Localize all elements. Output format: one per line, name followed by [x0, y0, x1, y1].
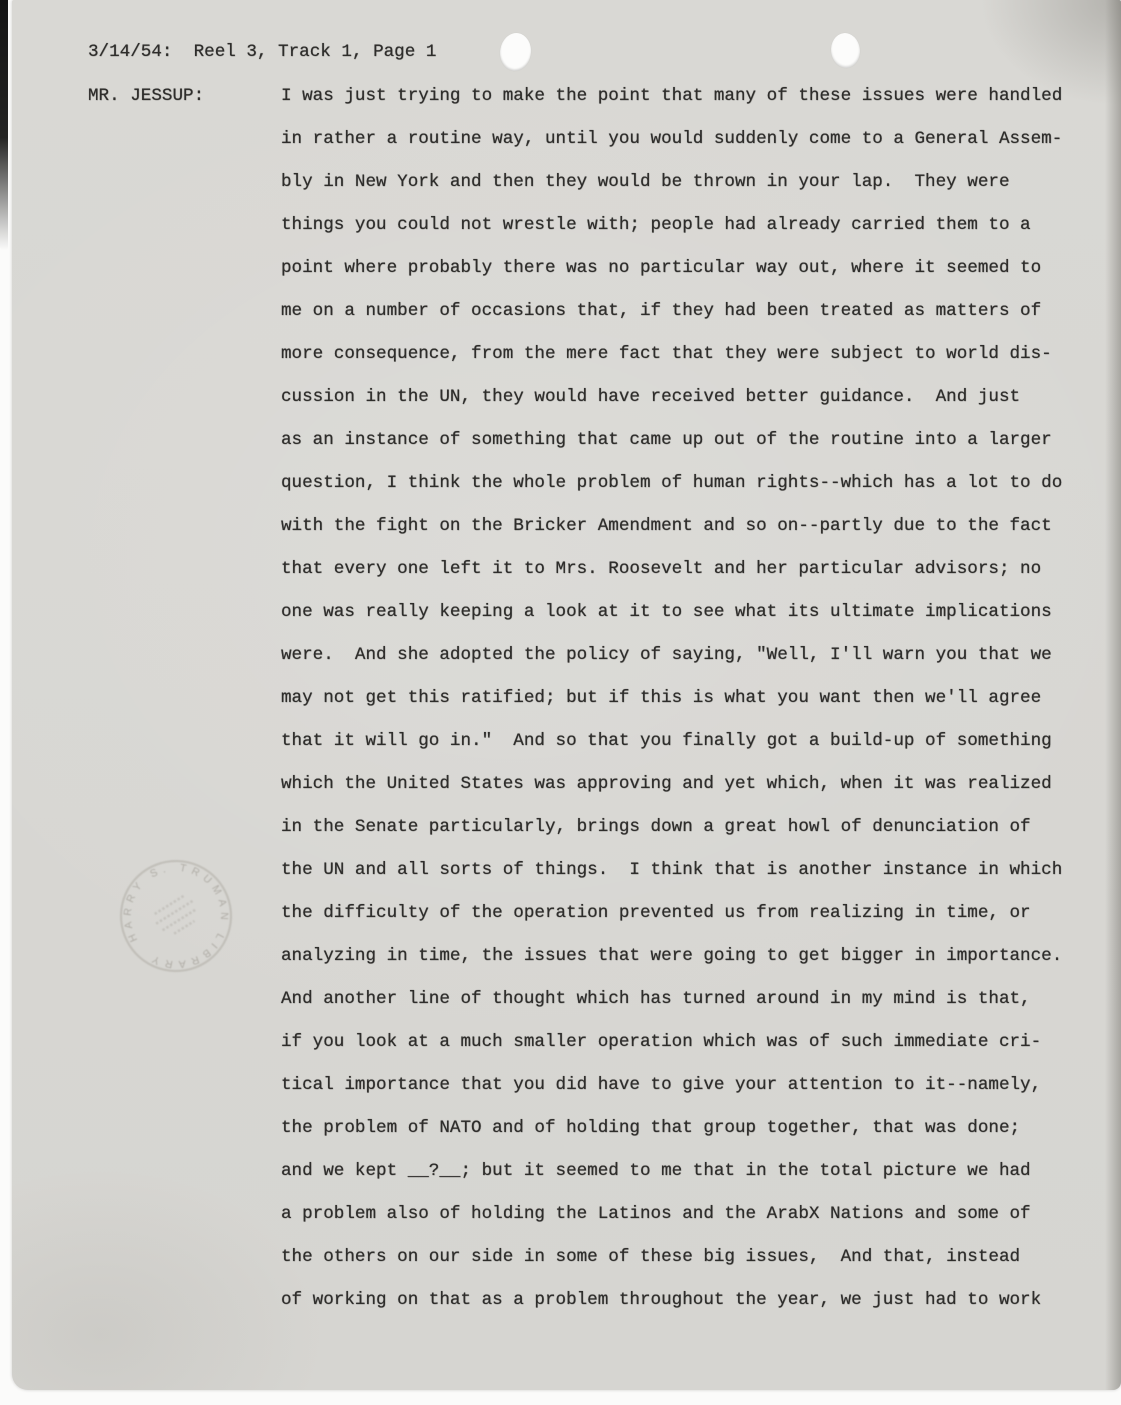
transcript-line: which the United States was approving an… — [281, 763, 1062, 806]
transcript-line: of working on that as a problem througho… — [281, 1279, 1062, 1322]
transcript-line: I was just trying to make the point that… — [281, 75, 1062, 118]
transcript-line: And another line of thought which has tu… — [281, 978, 1062, 1021]
transcript-line: and we kept __?__; but it seemed to me t… — [281, 1150, 1062, 1193]
transcript-line: point where probably there was no partic… — [281, 247, 1062, 290]
transcript-line: me on a number of occasions that, if the… — [281, 290, 1062, 333]
transcript-line: that every one left it to Mrs. Roosevelt… — [281, 548, 1062, 591]
transcript-line: as an instance of something that came up… — [281, 419, 1062, 462]
transcript-line: tical importance that you did have to gi… — [281, 1064, 1062, 1107]
transcript-line: may not get this ratified; but if this i… — [281, 677, 1062, 720]
transcript-line: that it will go in." And so that you fin… — [281, 720, 1062, 763]
punch-hole — [498, 31, 534, 73]
stamp-center-mark — [156, 900, 193, 923]
transcript-line: if you look at a much smaller operation … — [281, 1021, 1062, 1064]
transcript-line: in the Senate particularly, brings down … — [281, 806, 1062, 849]
transcript-line: in rather a routine way, until you would… — [281, 118, 1062, 161]
punch-hole — [829, 32, 861, 70]
speaker-label: MR. JESSUP: — [88, 75, 204, 118]
document-page: 3/14/54: Reel 3, Track 1, Page 1 MR. JES… — [12, 0, 1121, 1390]
transcript-line: things you could not wrestle with; peopl… — [281, 204, 1062, 247]
transcript-line: one was really keeping a look at it to s… — [281, 591, 1062, 634]
stamp-center-mark — [163, 909, 197, 930]
transcript-line: the difficulty of the operation prevente… — [281, 892, 1062, 935]
transcript-line: the UN and all sorts of things. I think … — [281, 849, 1062, 892]
transcript-line: with the fight on the Bricker Amendment … — [281, 505, 1062, 548]
transcript-line: bly in New York and then they would be t… — [281, 161, 1062, 204]
stamp-center-mark — [174, 921, 194, 934]
stamp-center-mark — [155, 895, 186, 914]
scanned-document: 3/14/54: Reel 3, Track 1, Page 1 MR. JES… — [0, 0, 1121, 1405]
transcript-line: question, I think the whole problem of h… — [281, 462, 1062, 505]
transcript-line: a problem also of holding the Latinos an… — [281, 1193, 1062, 1236]
transcript-line: the others on our side in some of these … — [281, 1236, 1062, 1279]
transcript-line: more consequence, from the mere fact tha… — [281, 333, 1062, 376]
transcript-line: the problem of NATO and of holding that … — [281, 1107, 1062, 1150]
transcript-line: analyzing in time, the issues that were … — [281, 935, 1062, 978]
scan-edge-artifact — [0, 0, 8, 250]
transcript-body: I was just trying to make the point that… — [281, 75, 1062, 1322]
library-stamp: HARRY S. TRUMAN LIBRARY — [84, 824, 269, 1009]
page-header: 3/14/54: Reel 3, Track 1, Page 1 — [88, 42, 436, 62]
stamp-circular-text: HARRY S. TRUMAN LIBRARY — [101, 841, 251, 991]
transcript-line: were. And she adopted the policy of sayi… — [281, 634, 1062, 677]
transcript-line: cussion in the UN, they would have recei… — [281, 376, 1062, 419]
